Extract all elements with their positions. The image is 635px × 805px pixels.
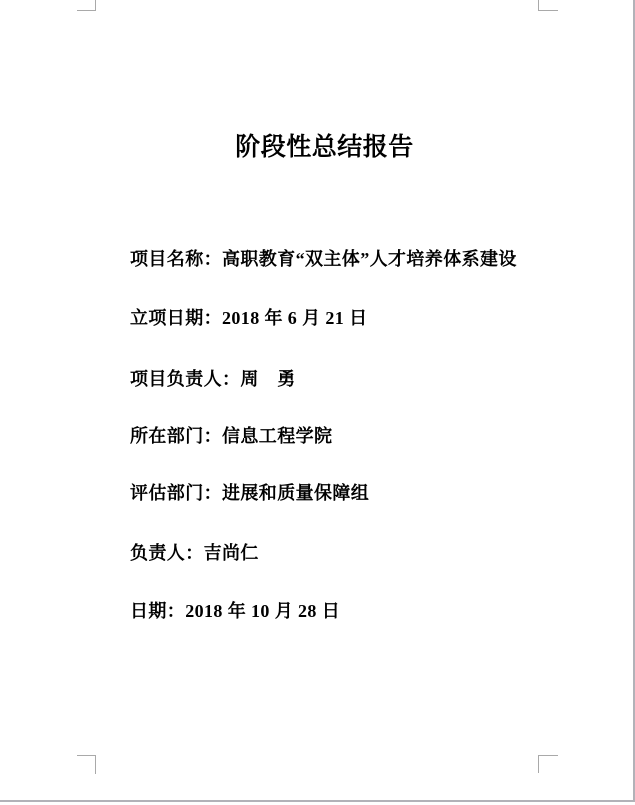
field-label: 所在部门： — [130, 426, 222, 446]
document-title: 阶段性总结报告 — [0, 127, 635, 163]
field-value: 周 勇 — [240, 369, 295, 389]
field-approval-date: 立项日期：2018 年 6 月 21 日 — [130, 304, 368, 330]
field-value: 高职教育“双主体”人才培养体系建设 — [222, 249, 517, 269]
field-project-leader: 项目负责人：周 勇 — [130, 365, 296, 391]
field-label: 立项日期： — [130, 308, 222, 328]
field-label: 负责人： — [130, 543, 204, 563]
field-label: 评估部门： — [130, 483, 222, 503]
field-person-in-charge: 负责人：吉尚仁 — [130, 539, 259, 565]
document-page: 阶段性总结报告 项目名称：高职教育“双主体”人才培养体系建设 立项日期：2018… — [0, 0, 635, 805]
crop-mark-top-right — [538, 0, 558, 11]
crop-mark-bottom-right — [538, 755, 558, 773]
field-department: 所在部门：信息工程学院 — [130, 422, 332, 448]
field-value: 进展和质量保障组 — [222, 483, 369, 503]
field-label: 日期： — [130, 601, 185, 621]
page-edge-right — [633, 0, 635, 802]
field-date: 日期：2018 年 10 月 28 日 — [130, 597, 340, 623]
crop-mark-bottom-left — [77, 755, 96, 774]
page-edge-bottom — [0, 800, 635, 802]
field-value: 2018 年 10 月 28 日 — [185, 601, 340, 621]
field-value: 信息工程学院 — [222, 426, 332, 446]
field-value: 2018 年 6 月 21 日 — [222, 308, 368, 328]
field-label: 项目负责人： — [130, 369, 240, 389]
field-project-name: 项目名称：高职教育“双主体”人才培养体系建设 — [130, 245, 517, 271]
field-label: 项目名称： — [130, 249, 222, 269]
crop-mark-top-left — [77, 0, 96, 11]
field-value: 吉尚仁 — [204, 543, 259, 563]
field-evaluation-department: 评估部门：进展和质量保障组 — [130, 479, 369, 505]
